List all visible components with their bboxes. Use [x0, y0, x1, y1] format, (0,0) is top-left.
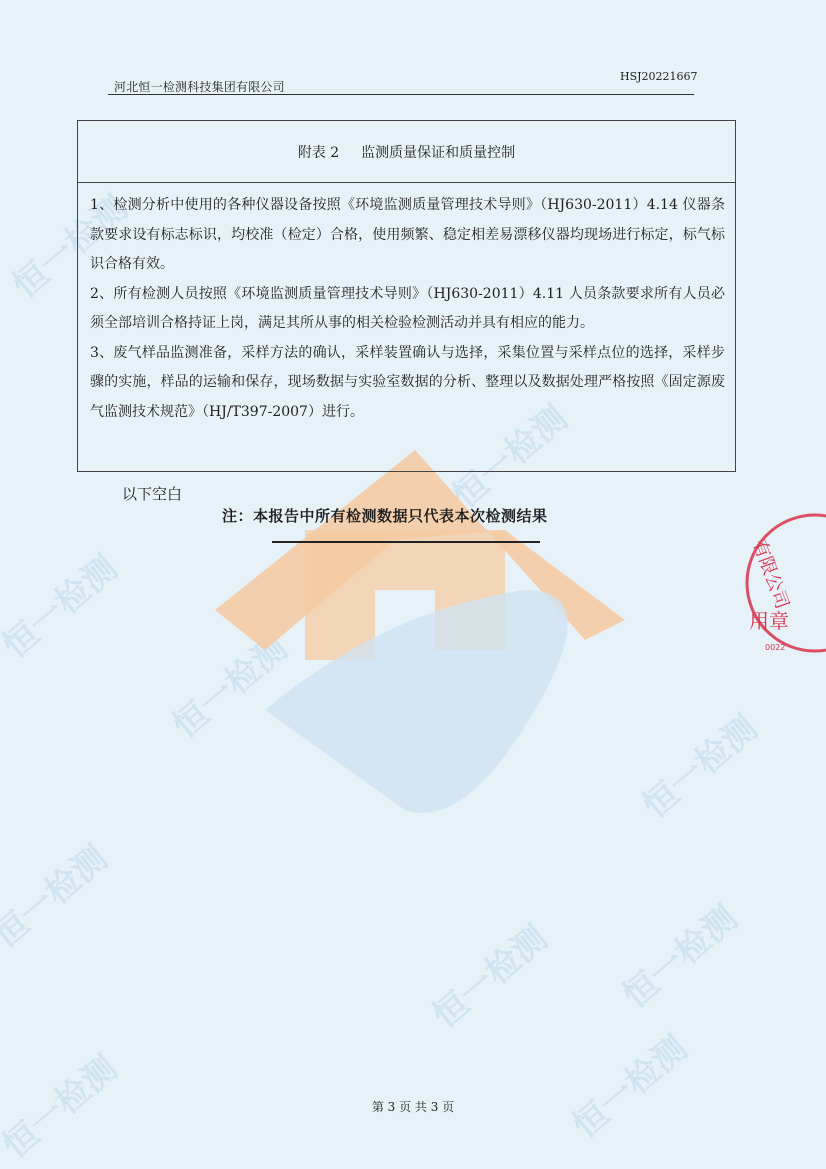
company-name: 河北恒一检测科技集团有限公司 — [114, 78, 285, 95]
table-title-text: 监测质量保证和质量控制 — [361, 142, 515, 162]
watermark-text: 恒一检测 — [610, 892, 746, 1017]
quality-control-table: 附表 2 监测质量保证和质量控制 1、检测分析中使用的各种仪器设备按照《环境监测… — [77, 120, 736, 472]
page-number: 第 3 页 共 3 页 — [0, 1098, 826, 1115]
report-number: HSJ20221667 — [620, 70, 698, 83]
table-title-prefix: 附表 2 — [298, 142, 339, 162]
company-seal-stamp: 有限公司 用章 0022 — [735, 508, 826, 658]
header-divider — [108, 94, 694, 95]
report-note: 注：本报告中所有检测数据只代表本次检测结果 — [222, 505, 548, 526]
watermark-text: 恒一检测 — [560, 1022, 696, 1147]
company-logo-watermark — [205, 410, 625, 830]
table-title: 附表 2 监测质量保证和质量控制 — [78, 121, 735, 183]
note-underline — [272, 541, 540, 543]
blank-below-note: 以下空白 — [122, 483, 182, 504]
watermark-text: 恒一检测 — [630, 702, 766, 827]
qc-item: 3、废气样品监测准备，采样方法的确认，采样装置确认与选择，采集位置与采样点位的选… — [90, 339, 725, 428]
svg-text:用章: 用章 — [749, 609, 789, 633]
qc-item: 2、所有检测人员按照《环境监测质量管理技术导则》（HJ630-2011）4.11… — [90, 280, 725, 339]
watermark-text: 恒一检测 — [420, 912, 556, 1037]
svg-text:0022: 0022 — [765, 643, 785, 652]
watermark-text: 恒一检测 — [160, 622, 296, 747]
watermark-text: 恒一检测 — [0, 542, 126, 667]
watermark-text: 恒一检测 — [0, 832, 116, 957]
qc-item: 1、检测分析中使用的各种仪器设备按照《环境监测质量管理技术导则》（HJ630-2… — [90, 191, 725, 280]
table-body: 1、检测分析中使用的各种仪器设备按照《环境监测质量管理技术导则》（HJ630-2… — [78, 183, 735, 427]
svg-text:有限公司: 有限公司 — [748, 537, 792, 612]
